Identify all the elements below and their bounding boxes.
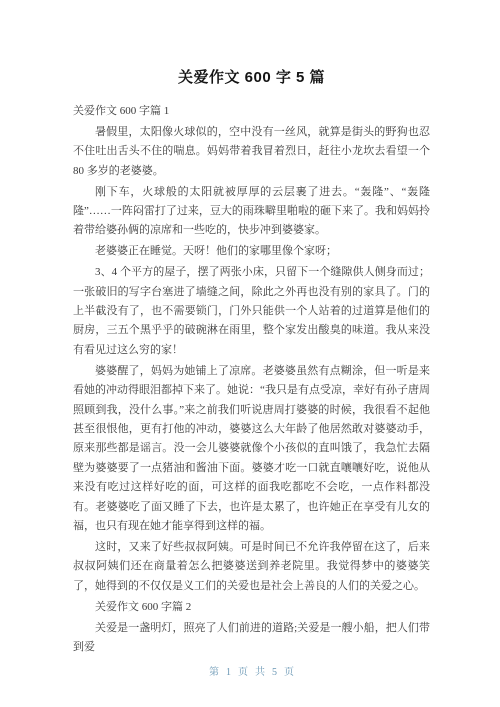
footer-label-page: 页 [238, 666, 248, 680]
footer-total-pages-number: 5 [272, 666, 277, 680]
footer-label-total: 共 [255, 666, 265, 680]
page-footer: 第 1 页 共 5 页 [73, 666, 430, 680]
document-page: 关爱作文 600 字 5 篇 关爱作文 600 字篇 1暑假里，太阳像火球似的，… [0, 0, 500, 707]
paragraph: 婆婆醒了，妈妈为她铺上了凉席。老婆婆虽然有点糊涂，但一听是来看她的冲动得眼泪都掉… [73, 362, 430, 537]
paragraph: 这时，又来了好些叔叔阿姨。可是时间已不允许我停留在这了，后来叔叔阿姨们还在商量着… [73, 538, 430, 596]
section-heading-2: 关爱作文 600 字篇 2 [73, 598, 430, 617]
document-title: 关爱作文 600 字 5 篇 [73, 66, 430, 90]
paragraph: 刚下车，火球般的太阳就被厚厚的云层裹了进去。“轰隆”、“轰隆隆”……一阵闷雷打了… [73, 183, 430, 241]
paragraph: 关爱是一盏明灯，照亮了人们前进的道路;关爱是一艘小船，把人们带到爱 [73, 619, 430, 658]
paragraph: 3、4 个平方的屋子，摆了两张小床，只留下一个缝隙供人侧身而过；一张破旧的写字台… [73, 263, 430, 360]
paragraph: 老婆婆正在睡觉。天呀！他们的家哪里像个家呀； [73, 242, 430, 261]
footer-label-page-2: 页 [284, 666, 294, 680]
footer-label-prefix: 第 [209, 666, 219, 680]
section-heading-1: 关爱作文 600 字篇 1 [73, 102, 430, 121]
paragraph: 暑假里，太阳像火球似的，空中没有一丝风，就算是街头的野狗也忍不住吐出舌头不住的喘… [73, 123, 430, 181]
document-body: 关爱作文 600 字篇 1暑假里，太阳像火球似的，空中没有一丝风，就算是街头的野… [73, 102, 430, 657]
footer-current-page-number: 1 [226, 666, 231, 680]
